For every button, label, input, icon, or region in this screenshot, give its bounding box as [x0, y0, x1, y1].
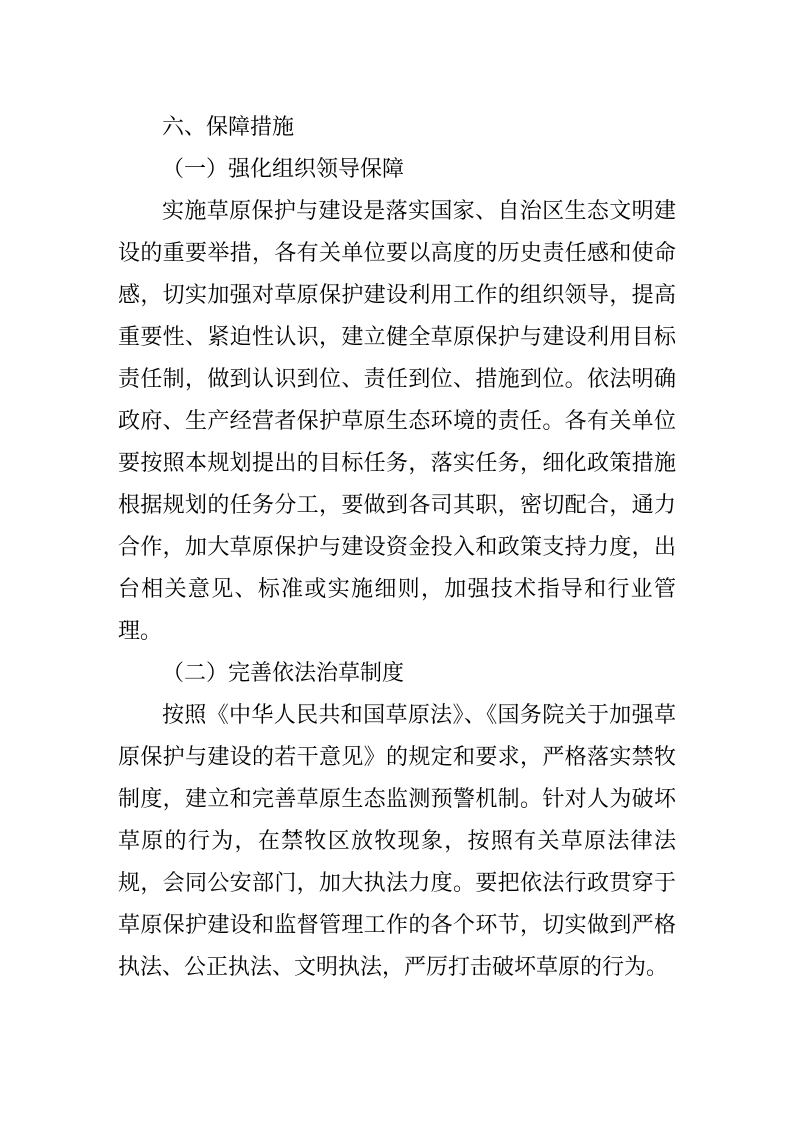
body-paragraph-1: 实施草原保护与建设是落实国家、自治区生态文明建设的重要举措，各有关单位要以高度的…: [118, 190, 676, 652]
subsection-heading-1: （一）强化组织领导保障: [118, 148, 676, 190]
section-heading: 六、保障措施: [118, 106, 676, 148]
subsection-heading-2: （二）完善依法治草制度: [118, 652, 676, 694]
document-page: 六、保障措施 （一）强化组织领导保障 实施草原保护与建设是落实国家、自治区生态文…: [0, 0, 793, 1122]
body-paragraph-2: 按照《中华人民共和国草原法》、《国务院关于加强草原保护与建设的若干意见》的规定和…: [118, 694, 676, 988]
